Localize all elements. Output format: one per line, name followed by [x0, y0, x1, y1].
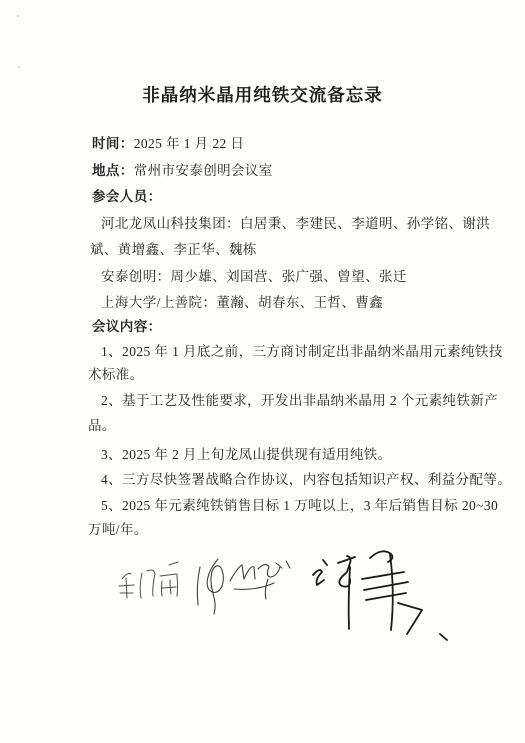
content-line: 3、2025 年 2 月上旬龙凤山提供现有适用纯铁。: [101, 446, 392, 464]
location-label: 地点：: [92, 163, 134, 178]
participants-line: 安泰创明：周少雄、刘国营、张广强、曾望、张迁: [101, 268, 407, 286]
meta-location-line: 地点：常州市安泰创明会议室: [92, 162, 273, 180]
participants-heading: 参会人员：: [92, 188, 162, 206]
signature-zhou-shaoxiong: [197, 559, 290, 614]
participants-line: 河北龙凤山科技集团：白居秉、李建民、李道明、孙学铭、谢洪: [101, 215, 490, 233]
content-line: 4、三方尽快签署战略合作协议，内容包括知识产权、利益分配等。: [101, 471, 511, 489]
signature-dong-han: [119, 562, 178, 598]
scan-speck: [17, 15, 19, 17]
signature-bai-jubing: [313, 551, 447, 640]
content-line: 2、基于工艺及性能要求，开发出非晶纳米晶用 2 个元素纯铁新产: [101, 392, 498, 410]
scan-speck: [18, 66, 20, 68]
document-page: 非晶纳米晶用纯铁交流备忘录 时间：2025 年 1 月 22 日 地点：常州市安…: [0, 0, 525, 743]
time-label: 时间：: [92, 136, 134, 151]
document-title: 非晶纳米晶用纯铁交流备忘录: [0, 82, 525, 107]
content-line: 1、2025 年 1 月底之前，三方商讨制定出非晶纳米晶用元素纯铁技: [101, 343, 503, 361]
meta-time-line: 时间：2025 年 1 月 22 日: [92, 135, 244, 153]
participants-line: 上海大学/上善院：董瀚、胡春东、王哲、曹鑫: [101, 294, 383, 312]
content-line: 万吨/年。: [88, 521, 148, 539]
time-value: 2025 年 1 月 22 日: [134, 136, 245, 151]
content-line: 品。: [88, 417, 116, 435]
location-value: 常州市安泰创明会议室: [134, 163, 273, 178]
content-line: 5、2025 年元素纯铁销售目标 1 万吨以上，3 年后销售目标 20~30: [101, 497, 498, 515]
content-heading: 会议内容：: [92, 318, 162, 336]
handwritten-signatures: [100, 543, 460, 653]
participants-line: 斌、黄增鑫、李正华、魏栋: [90, 241, 257, 259]
content-line: 术标准。: [88, 366, 144, 384]
